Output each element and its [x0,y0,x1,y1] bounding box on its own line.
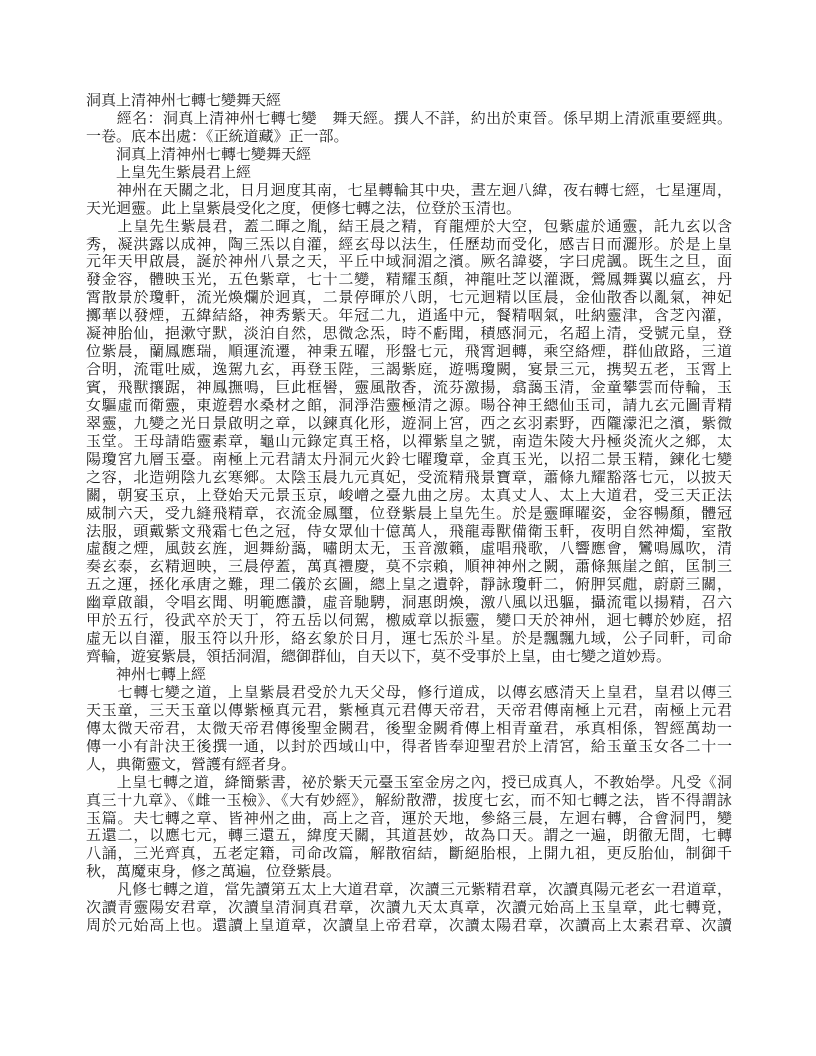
text-line: 陽瓊宮九層玉臺。南極上元君請太丹洞元火鈴七曜瓊章，金真玉光，以招二景玉精，鍊化七… [86,452,732,470]
text-line: 齊輪，遊宴紫晨，領括洞湄，總御群仙，自天以下，莫不受事於上皇，由七變之道妙焉。 [86,649,732,667]
text-line: 關，朝宴玉京，上登始天元景玉京，峻嶒之臺九曲之房。太真丈人、太上大道君，受三天正… [86,488,732,506]
text-line: 發金容，體映玉光，五色紫章，七十二變，精耀玉顏，神龍吐芝以灌溉，鶯鳳舞翼以瘟玄，… [86,272,732,290]
text-line: 上皇先生紫晨君，蓋二暉之胤，結王晨之精，育龍煙於大空，包紫虛於通靈，託九玄以含 [86,219,732,237]
text-line: 次讀青靈陽安君章，次讀皇清洞真君章，次讀九天太真章，次讀元始高上玉皇章，此七轉竟… [86,900,732,918]
text-line: 神州七轉上經 [86,667,732,685]
text-line: 秀，凝洪露以成神，陶三炁以自灌，經玄母以法生，任歷劫而受化，感吉日而灑形。於是上… [86,237,732,255]
text-line: 翠靈，九變之光日景啟明之章，以鍊真化形，遊洞上宮，西之玄羽素野，西隴濛汜之濱，紫… [86,416,732,434]
text-line: 傳太微天帝君，太微天帝君傳後聖金闕君，後聖金闕肴傳上相青童君，承真相係，智經萬劫… [86,721,732,739]
text-line: 經名：洞真上清神州七轉七變 舞天經。撰人不詳，約出於東晉。係早期上清派重要經典。 [86,111,732,129]
text-line: 凝神胎仙，挹漱守默，淡泊自然，思微念炁，時不虧聞，積感洞元，名超上清，受號元皇，… [86,326,732,344]
text-line: 之容，北造朔陰九玄寒鄉。太陰玉晨九元真妃，受流精飛景寶章，蕭條九耀豁落七元，以披… [86,470,732,488]
text-line: 五之運，拯化承唐之難，理二儀於玄圖，總上皇之遺幹，靜詠瓊軒二，俯胛冥甝，蔚蔚三關… [86,577,732,595]
text-line: 甲於五行，役武卒於天丁，符五岳以伺駕，檄威章以振靈，變口天於神州，迴七轉於妙庭，… [86,613,732,631]
text-line: 洞真上清神州七轉七變舞天經 [86,93,732,111]
text-line: 元年天甲啟晨，誕於神州八景之天，平丘中域洞湄之濱。厥名諱婆，字曰虎諷。既生之旦，… [86,254,732,272]
text-line: 虛馥之煙，風鼓玄旌，迴舞紛藹，嘯朗太无，玉音激籟，虛唱飛歌，八響應會，鸞鳴鳳吹，… [86,541,732,559]
text-line: 玉篇。夫七轉之章、皆神州之曲，高上之音，運於天地，參絡三晨，左迴右轉，合會洞門，… [86,811,732,829]
text-line: 上皇七轉之道，絳簡紫書，祕於紫天元臺玉室金房之內，授已成真人，不教始學。凡受《洞 [86,775,732,793]
text-line: 位紫晨，蘭鳳應瑞，順運流遷，神秉五曜，形盤七元，飛霄迴轉，乘空絡煙，群仙啟路，三… [86,344,732,362]
text-line: 擲華以發煙，五緯結絡，神秀紫天。年冠二九，逍遙中元，餐精咽氣，吐納靈津，含芝內灌… [86,308,732,326]
text-line: 虛无以自灌，服玉符以升形，絡玄象於日月，運七炁於斗星。於是飄飄九域，公子同軒，司… [86,631,732,649]
text-line: 霄散景於瓊軒，流光煥爛於迥真，二景停暉於八朗，七元迴精以匡晨，金仙散香以亂氣，神… [86,290,732,308]
text-line: 真三十九章》、《雌一玉檢》、《大有妙經》，解紛散滯，拔度七玄，而不知七轉之法，皆… [86,793,732,811]
text-line: 法服，頭戴紫文飛霜七色之冠，侍女眾仙十億萬人，飛龍毒獸備衛玉軒，夜明自然神燭，室… [86,524,732,542]
text-line: 洞真上清神州七轉七變舞天經 [86,147,732,165]
text-line: 賓，飛獸攘踞，神鳳撫鳴，巨此框嚳，靈風散香，流芬激揚，翕藹玉清，金童攀雲而侍輪，… [86,380,732,398]
text-line: 五還二，以應七元，轉三還五，緯度天關，其道甚妙，故為口天。謂之一遍，朗徹无間，七… [86,828,732,846]
text-line: 周於元始高上也。還讀上皇道章，次讀皇上帝君章，次讀太陽君章，次讀高上太素君章、次… [86,918,732,936]
text-line: 秋，萬魔束身，修之萬遍，位登紫晨。 [86,864,732,882]
document-text: 洞真上清神州七轉七變舞天經 經名：洞真上清神州七轉七變 舞天經。撰人不詳，約出於… [86,93,732,936]
text-line: 幽章啟韻，令唱玄聞、明範應讚，虛音馳騁，洞惠朗煥，激八風以迅軀，攝流電以揚精，召… [86,595,732,613]
text-line: 神州在天關之北，日月迴度其南，七星轉輪其中央，晝左迴八緯，夜右轉七經，七星運周， [86,183,732,201]
text-line: 天光迴靈。此上皇紫晨受化之度，便修七轉之法，位登於玉清也。 [86,201,732,219]
text-line: 八誦，三光齊真，五老定籍，司命改篇，解散宿結，斷絕胎根，上開九祖，更反胎仙，制御… [86,846,732,864]
text-line: 七轉七變之道，上皇紫晨君受於九天父母，修行道成，以傳玄感清天上皇君，皇君以傳三 [86,685,732,703]
text-line: 合明，流電吐威，逸駕九玄，再登玉陛，三謁紫庭，遊嗎瓊闕，宴景三元，携契五老，玉霄… [86,362,732,380]
text-line: 一卷。底本出處：《正統道藏》正一部。 [86,129,732,147]
text-line: 女驅虛而衛靈，東遊碧水桑材之館，洞淨浩靈極清之源。暘谷神王總仙玉司，請九玄元圖青… [86,398,732,416]
text-line: 奏玄泰，玄精迴映，三晨停蓋，萬真禮慶，莫不宗賴，順神神州之闕，蕭條無崖之館，匡制… [86,559,732,577]
text-line: 傳一小有計決王後撰一通，以封於西域山中，得者皆奉迎聖君於上清宮，給玉童玉女各二十… [86,739,732,757]
document-page: 洞真上清神州七轉七變舞天經 經名：洞真上清神州七轉七變 舞天經。撰人不詳，約出於… [0,0,816,1056]
text-line: 上皇先生紫晨君上經 [86,165,732,183]
text-line: 人，典衛靈文，營護有經者身。 [86,757,732,775]
text-line: 天玉童，三天玉童以傳紫極真元君，紫極真元君傳天帝君，天帝君傳南極上元君，南極上元… [86,703,732,721]
text-line: 凡修七轉之道，當先讀第五太上大道君章，次讀三元紫精君章，次讀真陽元老玄一君道章， [86,882,732,900]
text-line: 玉堂。王母請皓靈素章，龜山元錄定真王格，以禪紫皇之號，南造朱陵大丹極炎流火之鄉，… [86,434,732,452]
text-line: 威制六天，受九縫飛精章，衣流金鳳璽，位登紫晨上皇先生。於是靈暉曜姿，金容暢顏，體… [86,506,732,524]
